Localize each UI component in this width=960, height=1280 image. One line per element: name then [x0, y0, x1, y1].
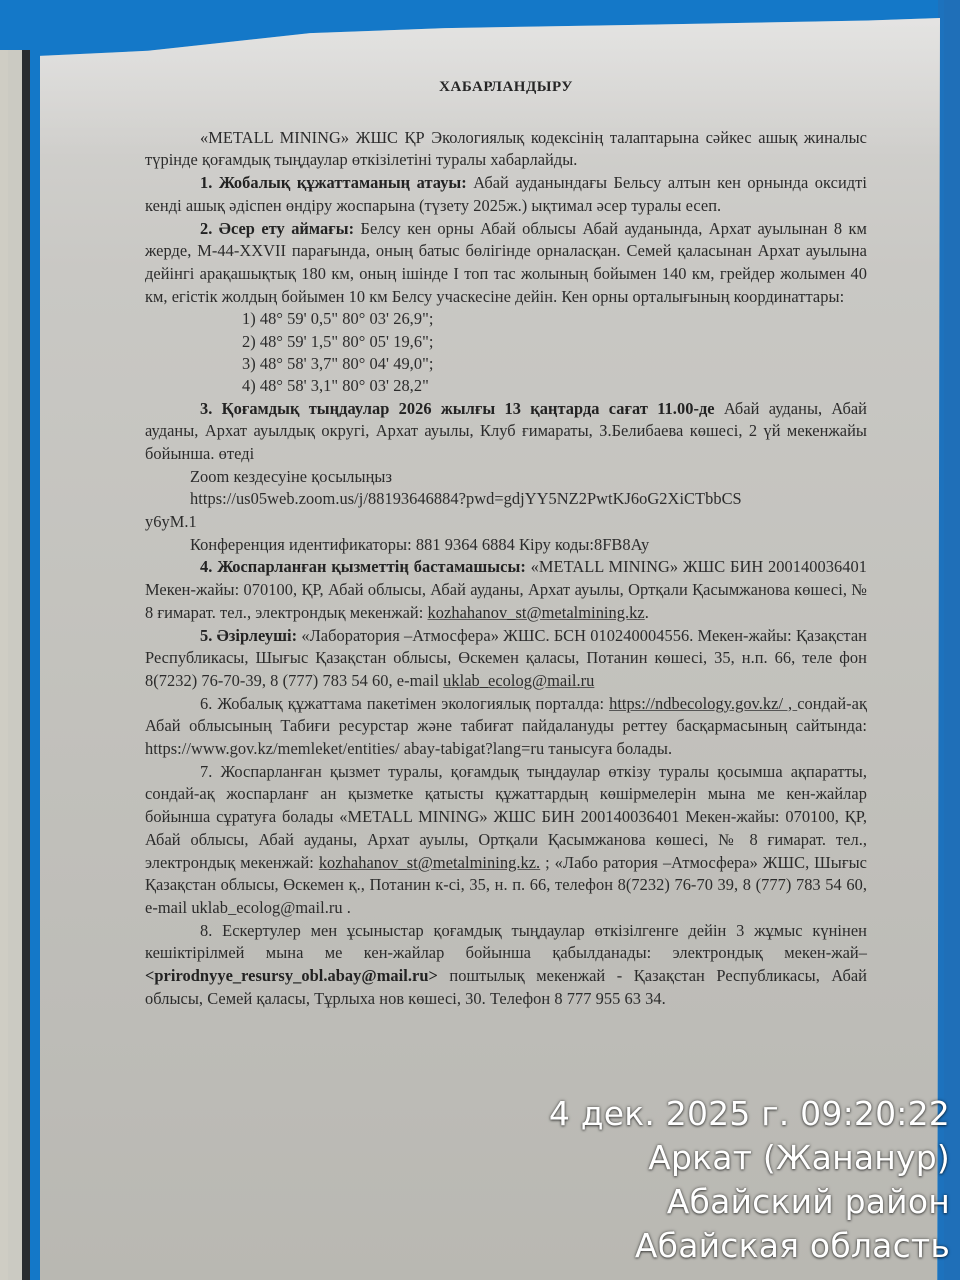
document-title: ХАБАРЛАНДЫРУ — [145, 76, 867, 99]
announcement-document: ХАБАРЛАНДЫРУ «METALL MINING» ЖШС ҚР Экол… — [145, 76, 867, 1011]
intro-paragraph: «METALL MINING» ЖШС ҚР Экологиялық кодек… — [145, 127, 867, 172]
photo-place: Аркат (Жанануp) — [549, 1136, 950, 1180]
item-7-email[interactable]: kozhahanov_st@metalmining.kz. — [319, 853, 540, 872]
item-1: 1. Жобалық құжаттаманың атауы: Абай ауда… — [145, 172, 867, 217]
zoom-link-tail[interactable]: y6yM.1 — [145, 511, 867, 534]
notice-board-edge — [938, 0, 960, 1280]
coordinates-list: 1) 48° 59' 0,5" 80° 03' 26,9"; 2) 48° 59… — [242, 308, 867, 397]
item-7: 7. Жоспарланған қызмет туралы, қоғамдық … — [145, 761, 867, 920]
photo-district: Абайский район — [549, 1180, 950, 1224]
item-6: 6. Жобалық құжаттама пакетімен экологиял… — [145, 693, 867, 761]
item-1-label: 1. Жобалық құжаттаманың атауы: — [200, 173, 467, 192]
item-5: 5. Әзірлеуші: «Лаборатория –Атмосфера» Ж… — [145, 625, 867, 693]
coordinate-item: 1) 48° 59' 0,5" 80° 03' 26,9"; — [242, 308, 867, 330]
initiator-email[interactable]: kozhahanov_st@metalmining.kz — [428, 603, 645, 622]
coordinate-item: 4) 48° 58' 3,1" 80° 03' 28,2" — [242, 375, 867, 397]
ecology-portal-link[interactable]: https://ndbecology.gov.kz/ , — [609, 694, 797, 713]
notice-board-frame — [0, 50, 30, 1280]
item-3: 3. Қоғамдық тыңдаулар 2026 жылғы 13 қаңт… — [145, 398, 867, 466]
photo-timestamp: 4 дек. 2025 г. 09:20:22 — [549, 1092, 950, 1136]
coordinate-item: 3) 48° 58' 3,7" 80° 04' 49,0"; — [242, 353, 867, 375]
item-2-label: 2. Әсер ету аймағы: — [200, 219, 354, 238]
item-3-label: 3. Қоғамдық тыңдаулар 2026 жылғы 13 қаңт… — [200, 399, 715, 418]
zoom-join-label: Zoom кездесуіне қосылыңыз — [145, 466, 867, 489]
item-6-lead: 6. Жобалық құжаттама пакетімен экологиял… — [200, 694, 609, 713]
item-5-label: 5. Әзірлеуші: — [200, 626, 297, 645]
coordinate-item: 2) 48° 59' 1,5" 80° 05' 19,6"; — [242, 331, 867, 353]
item-4-label: 4. Жоспарланған қызметтің бастамашысы: — [200, 557, 526, 576]
item-4: 4. Жоспарланған қызметтің бастамашысы: «… — [145, 556, 867, 624]
photo-region: Абайская область — [549, 1224, 950, 1268]
item-4-end: . — [645, 603, 649, 622]
item-8-email[interactable]: <prirodnyye_resursy_obl.abay@mail.ru> — [145, 966, 438, 985]
zoom-link[interactable]: https://us05web.zoom.us/j/88193646884?pw… — [145, 488, 867, 511]
photo-stamp-overlay: 4 дек. 2025 г. 09:20:22 Аркат (Жанануp) … — [549, 1092, 950, 1268]
item-8-text: 8. Ескертулер мен ұсыныстар қоғамдық тың… — [145, 921, 867, 963]
conference-id: Конференция идентификаторы: 881 9364 688… — [145, 534, 867, 557]
item-8: 8. Ескертулер мен ұсыныстар қоғамдық тың… — [145, 920, 867, 1011]
item-2: 2. Әсер ету аймағы: Белсу кен орны Абай … — [145, 218, 867, 309]
developer-email[interactable]: uklab_ecolog@mail.ru — [443, 671, 594, 690]
